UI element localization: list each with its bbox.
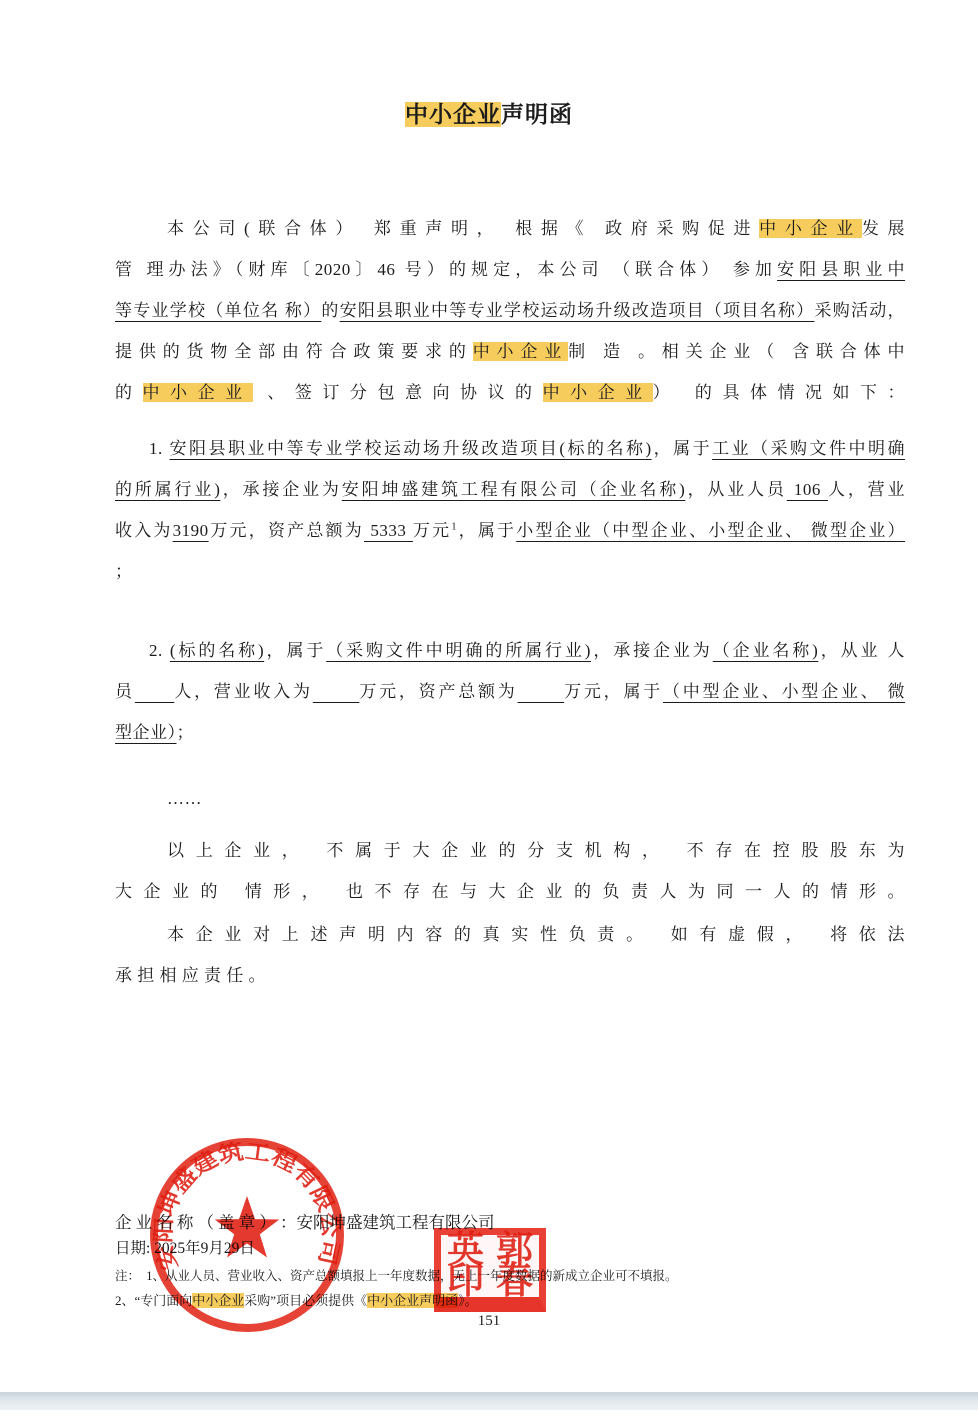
text-line: 承 担 相 应 责 任 。 (115, 955, 905, 996)
underlined-text: 安阳县职业中 (777, 260, 905, 279)
paragraph-item-2: 2. (标的名称)，属于（采购文件中明确的所属行业)，承接企业为（企业名称)，从… (115, 630, 905, 753)
highlighted-text: 中小企业 (143, 383, 253, 402)
text-line: 2. (标的名称)，属于（采购文件中明确的所属行业)，承接企业为（企业名称)，从… (115, 630, 905, 671)
text-segment: 、签订分包意向协议的 (253, 383, 543, 402)
text-line: 以上企业， 不属于大企业的分支机构， 不存在控股股东为 (115, 830, 905, 871)
text-line: ； (115, 551, 905, 592)
text-line: 大企业的 情形， 也不存在与大企业的负责人为同一人的情形。 (115, 871, 905, 912)
underlined-text: 等专业学校（单位名 称） (115, 301, 321, 320)
document-page: 中小企业声明函 本公司(联合体） 郑重声明， 根据《 政府采购促进中小企业发展管… (0, 0, 978, 1420)
company-seal-stamp: 安阳坤盛建筑工程有限公司 (137, 1123, 357, 1343)
paragraph-item-1: 1. 安阳县职业中等专业学校运动场升级改造项目(标的名称)，属于工业（采购文件中… (115, 428, 905, 592)
text-line: …… (115, 778, 905, 819)
highlighted-text: 中小企业 (759, 219, 862, 238)
text-segment: 万元，资产总额为 (209, 521, 364, 540)
highlighted-text: 中小企业 (543, 383, 653, 402)
text-segment: ； (177, 723, 195, 742)
text-segment: ） 的具体情况如下： (653, 383, 905, 402)
paragraph-ellipsis: …… (115, 778, 905, 819)
text-line: 型企业）； (115, 712, 905, 753)
underlined-text (518, 682, 565, 701)
text-segment: ； (115, 562, 133, 581)
text-segment: ，从业人员 (685, 480, 787, 499)
underlined-text: （中型企业、小型企业、 微 (663, 682, 905, 701)
text-segment: 的 (321, 301, 339, 320)
text-segment: 制 造 。相关企业（ 含联合体中 (568, 342, 905, 361)
text-segment: ，属于 (264, 641, 326, 660)
underlined-text: 型企业） (115, 723, 177, 742)
underlined-text: 5333 (364, 521, 413, 540)
text-segment: 人，营业 (828, 480, 905, 499)
text-segment: 1. (149, 439, 170, 458)
underlined-text: 工业（采购文件中明确 (712, 439, 905, 458)
underlined-text: 安阳县职业中等专业学校运动场升级改造项目（项目名称） (340, 301, 815, 320)
underlined-text: 小型企业（中型企业、小型企业、 微型企业） (516, 521, 905, 540)
underlined-text: 3190 (173, 521, 209, 540)
text-segment: ，属于 (457, 521, 516, 540)
underlined-text: （企业名称) (713, 641, 819, 660)
text-segment: 2. (149, 641, 170, 660)
text-line: 的所属行业)，承接企业为安阳坤盛建筑工程有限公司（企业名称)，从业人员 106 … (115, 469, 905, 510)
text-line: 的中小企业 、签订分包意向协议的中小企业） 的具体情况如下： (115, 372, 905, 413)
text-segment: 大企业的 情形， 也不存在与大企业的负责人为同一人的情形。 (115, 882, 905, 901)
text-segment: 本公司(联合体） 郑重声明， 根据《 政府采购促进 (167, 219, 759, 238)
text-segment: …… (167, 789, 202, 808)
underlined-text: 安阳县职业中等专业学校运动场升级改造项目(标的名称) (170, 439, 652, 458)
seal-char: 春 (496, 1266, 533, 1297)
underlined-text: (标的名称) (170, 641, 264, 660)
text-segment: 声明函 (501, 102, 573, 127)
text-segment: 本企业对上述声明内容的真实性负责。 如有虚假， 将依法 (167, 925, 905, 944)
text-segment: ，承接企业为 (591, 641, 713, 660)
text-segment: 万元，属于 (564, 682, 663, 701)
text-segment: 收入为 (115, 521, 173, 540)
text-segment: 以上企业， 不属于大企业的分支机构， 不存在控股股东为 (167, 841, 905, 860)
highlighted-text: 中小企业 (405, 102, 501, 127)
text-segment: 管 理办法》（财库〔2020〕46 号）的规定，本公司 （联合体） 参加 (115, 260, 777, 279)
text-segment: 承 担 相 应 责 任 。 (115, 966, 266, 985)
text-segment: ，属于 (652, 439, 712, 458)
text-segment: 的 (115, 383, 143, 402)
page-number: 151 (0, 1313, 978, 1330)
text-segment: ，承接企业为 (220, 480, 341, 499)
paragraph-closing-1: 以上企业， 不属于大企业的分支机构， 不存在控股股东为大企业的 情形， 也不存在… (115, 830, 905, 912)
highlighted-text: 中小企业 (473, 342, 568, 361)
underlined-text: （采购文件中明确的所属行业) (326, 641, 591, 660)
text-segment: 万元，资产总额为 (359, 682, 517, 701)
text-line: 本公司(联合体） 郑重声明， 根据《 政府采购促进中小企业发展 (115, 208, 905, 249)
underlined-text: 安阳坤盛建筑工程有限公司（企业名称) (342, 480, 685, 499)
underlined-text (135, 682, 175, 701)
seal-char: 印 (447, 1266, 484, 1297)
text-segment: 万元 (413, 521, 451, 540)
text-segment: 人，营业收入为 (174, 682, 312, 701)
personal-name-seal-stamp: 英 郭 印 春 (434, 1228, 546, 1312)
text-line: 1. 安阳县职业中等专业学校运动场升级改造项目(标的名称)，属于工业（采购文件中… (115, 428, 905, 469)
text-segment: 员 (115, 682, 135, 701)
text-segment: 发展 (862, 219, 905, 238)
text-line: 等专业学校（单位名 称）的安阳县职业中等专业学校运动场升级改造项目（项目名称）采… (115, 290, 905, 331)
text-segment: 提供的货物全部由符合政策要求的 (115, 342, 473, 361)
text-segment: ，从业 人 (818, 641, 905, 660)
paragraph-closing-2: 本企业对上述声明内容的真实性负责。 如有虚假， 将依法承 担 相 应 责 任 。 (115, 914, 905, 996)
text-segment: 采购活动， (814, 301, 905, 320)
text-line: 本企业对上述声明内容的真实性负责。 如有虚假， 将依法 (115, 914, 905, 955)
star-icon (215, 1196, 280, 1258)
underlined-text (313, 682, 360, 701)
underlined-text: 的所属行业) (115, 480, 220, 499)
text-line: 收入为3190万元，资产总额为 5333 万元1，属于小型企业（中型企业、小型企… (115, 510, 905, 551)
underlined-text: 106 (787, 480, 828, 499)
page-title: 中小企业声明函 (0, 96, 978, 129)
text-line: 管 理办法》（财库〔2020〕46 号）的规定，本公司 （联合体） 参加安阳县职… (115, 249, 905, 290)
text-line: 员 人，营业收入为 万元，资产总额为 万元，属于（中型企业、小型企业、 微 (115, 671, 905, 712)
text-line: 提供的货物全部由符合政策要求的中小企业制 造 。相关企业（ 含联合体中 (115, 331, 905, 372)
paragraph-intro: 本公司(联合体） 郑重声明， 根据《 政府采购促进中小企业发展管 理办法》（财库… (115, 208, 905, 413)
page-separator-bar (0, 1392, 978, 1410)
